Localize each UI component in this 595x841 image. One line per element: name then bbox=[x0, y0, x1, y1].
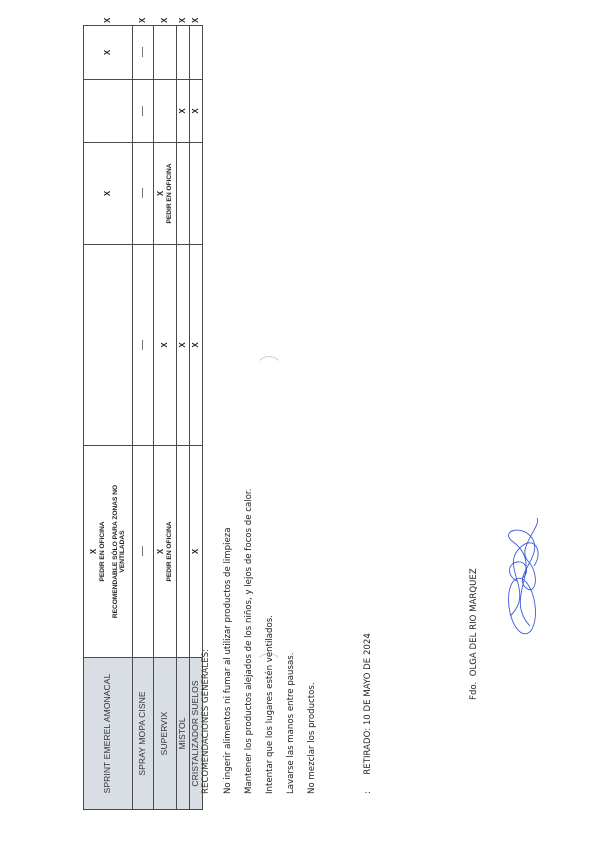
table-cell: XPEDIR EN OFICINA bbox=[154, 143, 177, 245]
table-row: SPRINT EMEREL AMONACALXPEDIR EN OFICINAR… bbox=[84, 26, 133, 810]
table-row: SPRAY MOPA CISNEX bbox=[133, 26, 154, 810]
x-mark: X bbox=[103, 50, 112, 55]
cell-warning: RECOMENDABLE SÓLO PARA ZONAS NO bbox=[112, 448, 120, 655]
x-mark: X bbox=[191, 342, 200, 347]
table-cell: XPEDIR EN OFICINA bbox=[154, 446, 177, 658]
x-mark: X bbox=[156, 549, 165, 554]
recommendation-item: No ingerir alimentos ni fumar al utiliza… bbox=[222, 489, 243, 794]
table-cell: X bbox=[84, 26, 133, 80]
table-cell: XPEDIR EN OFICINARECOMENDABLE SÓLO PARA … bbox=[84, 446, 133, 658]
handwritten-signature bbox=[492, 516, 552, 636]
product-name: SPRINT EMEREL AMONACAL bbox=[84, 658, 133, 810]
table-cell bbox=[190, 26, 203, 80]
x-mark: X bbox=[160, 18, 169, 23]
cell-note: PEDIR EN OFICINA bbox=[99, 448, 107, 655]
product-name: MISTOL bbox=[177, 658, 190, 810]
table-cell: X bbox=[177, 80, 190, 143]
table-cell: X bbox=[190, 446, 203, 658]
table-cell bbox=[177, 143, 190, 245]
dash-mark bbox=[142, 189, 143, 199]
table-row: SUPERVIXXPEDIR EN OFICINAXXPEDIR EN OFIC… bbox=[154, 26, 177, 810]
dash-mark bbox=[142, 340, 143, 350]
table-cell bbox=[154, 80, 177, 143]
table-cell bbox=[190, 143, 203, 245]
x-mark: X bbox=[138, 18, 147, 23]
product-name: SPRAY MOPA CISNE bbox=[133, 658, 154, 810]
table-cell bbox=[177, 446, 190, 658]
table-cell bbox=[133, 446, 154, 658]
product-name: SUPERVIX bbox=[154, 658, 177, 810]
x-mark: X bbox=[178, 342, 187, 347]
cell-warning: VENTILADAS bbox=[119, 448, 127, 655]
x-mark: X bbox=[178, 18, 187, 23]
table-cell bbox=[84, 245, 133, 446]
table-cell: X bbox=[190, 245, 203, 446]
table-cell bbox=[84, 80, 133, 143]
signer-name: OLGA DEL RIO MARQUEZ bbox=[469, 568, 479, 676]
cell-note: PEDIR EN OFICINA bbox=[166, 145, 174, 242]
table-cell bbox=[154, 26, 177, 80]
recommendations-title: RECOMENDACIONES GENERALES: bbox=[201, 649, 211, 794]
dash-mark bbox=[142, 106, 143, 116]
table-cell bbox=[133, 143, 154, 245]
retirado-prefix: : bbox=[363, 791, 373, 794]
x-mark: X bbox=[156, 191, 165, 196]
signature-label: Fdo. bbox=[469, 682, 479, 700]
retirado-line: : RETIRADO: 10 DE MAYO DE 2024 bbox=[363, 633, 373, 794]
table-cell: X bbox=[154, 245, 177, 446]
signature-line: Fdo. OLGA DEL RIO MARQUEZ bbox=[469, 568, 479, 700]
table-cell bbox=[133, 245, 154, 446]
recommendation-item: Mantener los productos alejados de los n… bbox=[243, 489, 264, 794]
x-mark: X bbox=[191, 18, 200, 23]
x-mark: X bbox=[103, 191, 112, 196]
products-table: SPRINT EMEREL AMONACALXPEDIR EN OFICINAR… bbox=[83, 25, 203, 810]
x-mark: X bbox=[178, 108, 187, 113]
table-cell: X bbox=[190, 80, 203, 143]
table-cell bbox=[133, 80, 154, 143]
table-cell bbox=[177, 26, 190, 80]
recommendation-item: Lavarse las manos entre pausas. bbox=[285, 489, 306, 794]
cell-note: PEDIR EN OFICINA bbox=[166, 448, 174, 655]
x-mark: X bbox=[191, 549, 200, 554]
table-row: MISTOLXXX bbox=[177, 26, 190, 810]
x-mark: X bbox=[160, 342, 169, 347]
table-cell: X bbox=[177, 245, 190, 446]
table-cell bbox=[133, 26, 154, 80]
dash-mark bbox=[142, 547, 143, 557]
recommendation-item: No mezclar los productos. bbox=[306, 489, 327, 794]
x-mark: X bbox=[191, 108, 200, 113]
x-mark: X bbox=[89, 549, 98, 554]
table-cell: X bbox=[84, 143, 133, 245]
x-mark: X bbox=[103, 18, 112, 23]
retirado-date: RETIRADO: 10 DE MAYO DE 2024 bbox=[363, 633, 373, 775]
dash-mark bbox=[142, 48, 143, 58]
recommendation-item: Intentar que los lugares estén ventilado… bbox=[264, 489, 285, 794]
rotated-page: SPRINT EMEREL AMONACALXPEDIR EN OFICINAR… bbox=[0, 0, 595, 841]
recommendations-list: No ingerir alimentos ni fumar al utiliza… bbox=[222, 489, 327, 794]
punch-hole-bottom bbox=[255, 356, 283, 384]
